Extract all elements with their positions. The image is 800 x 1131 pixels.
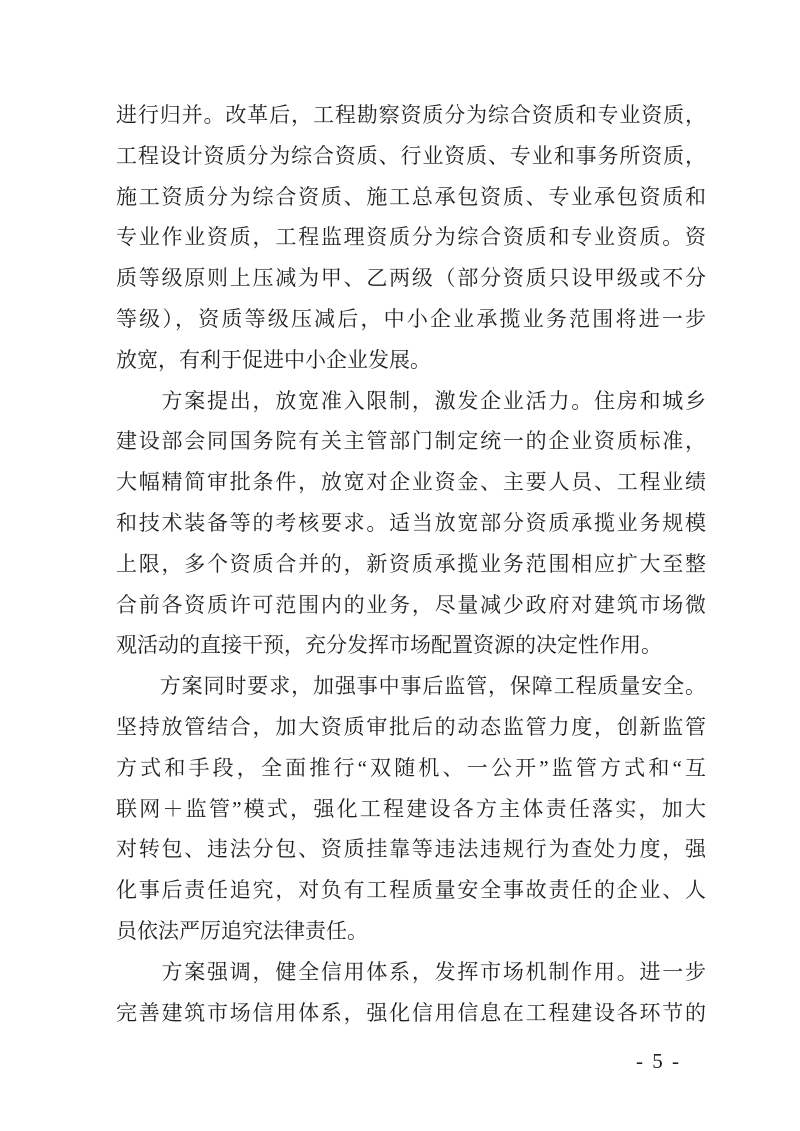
text-line: 方案强调，健全信用体系，发挥市场机制作用。进一步	[116, 952, 706, 993]
text-line: 方式和手段，全面推行“双随机、一公开”监管方式和“互	[116, 748, 706, 789]
text-line: 建设部会同国务院有关主管部门制定统一的企业资质标准，	[116, 421, 706, 462]
text-line: 合前各资质许可范围内的业务，尽量减少政府对建筑市场微	[116, 585, 706, 626]
paragraph-2: 方案提出，放宽准入限制，激发企业活力。住房和城乡建设部会同国务院有关主管部门制定…	[116, 381, 706, 667]
text-line: 员依法严厉追究法律责任。	[116, 911, 706, 952]
text-line: 观活动的直接干预，充分发挥市场配置资源的决定性作用。	[116, 625, 706, 666]
text-line: 专业作业资质，工程监理资质分为综合资质和专业资质。资	[116, 217, 706, 258]
text-line: 进行归并。改革后，工程勘察资质分为综合资质和专业资质，	[116, 95, 706, 136]
text-line: 化事后责任追究，对负有工程质量安全事故责任的企业、人	[116, 870, 706, 911]
text-line: 工程设计资质分为综合资质、行业资质、专业和事务所资质，	[116, 136, 706, 177]
text-line: 和技术装备等的考核要求。适当放宽部分资质承揽业务规模	[116, 503, 706, 544]
text-line: 方案同时要求，加强事中事后监管，保障工程质量安全。	[116, 666, 706, 707]
text-line: 坚持放管结合，加大资质审批后的动态监管力度，创新监管	[116, 707, 706, 748]
text-line: 施工资质分为综合资质、施工总承包资质、专业承包资质和	[116, 177, 706, 218]
text-line: 完善建筑市场信用体系，强化信用信息在工程建设各环节的	[116, 993, 706, 1034]
text-line: 方案提出，放宽准入限制，激发企业活力。住房和城乡	[116, 381, 706, 422]
text-line: 上限，多个资质合并的，新资质承揽业务范围相应扩大至整	[116, 544, 706, 585]
text-line: 放宽，有利于促进中小企业发展。	[116, 340, 706, 381]
text-line: 大幅精简审批条件，放宽对企业资金、主要人员、工程业绩	[116, 462, 706, 503]
document-body: 进行归并。改革后，工程勘察资质分为综合资质和专业资质，工程设计资质分为综合资质、…	[116, 95, 706, 1033]
text-line: 联网＋监管”模式，强化工程建设各方主体责任落实，加大	[116, 789, 706, 830]
text-line: 质等级原则上压减为甲、乙两级（部分资质只设甲级或不分	[116, 258, 706, 299]
paragraph-1: 进行归并。改革后，工程勘察资质分为综合资质和专业资质，工程设计资质分为综合资质、…	[116, 95, 706, 381]
document-page: 进行归并。改革后，工程勘察资质分为综合资质和专业资质，工程设计资质分为综合资质、…	[0, 0, 800, 1131]
paragraph-3: 方案同时要求，加强事中事后监管，保障工程质量安全。坚持放管结合，加大资质审批后的…	[116, 666, 706, 952]
paragraph-4: 方案强调，健全信用体系，发挥市场机制作用。进一步完善建筑市场信用体系，强化信用信…	[116, 952, 706, 1034]
text-line: 等级），资质等级压减后，中小企业承揽业务范围将进一步	[116, 299, 706, 340]
text-line: 对转包、违法分包、资质挂靠等违法违规行为查处力度，强	[116, 829, 706, 870]
page-number: - 5 -	[636, 1048, 679, 1074]
